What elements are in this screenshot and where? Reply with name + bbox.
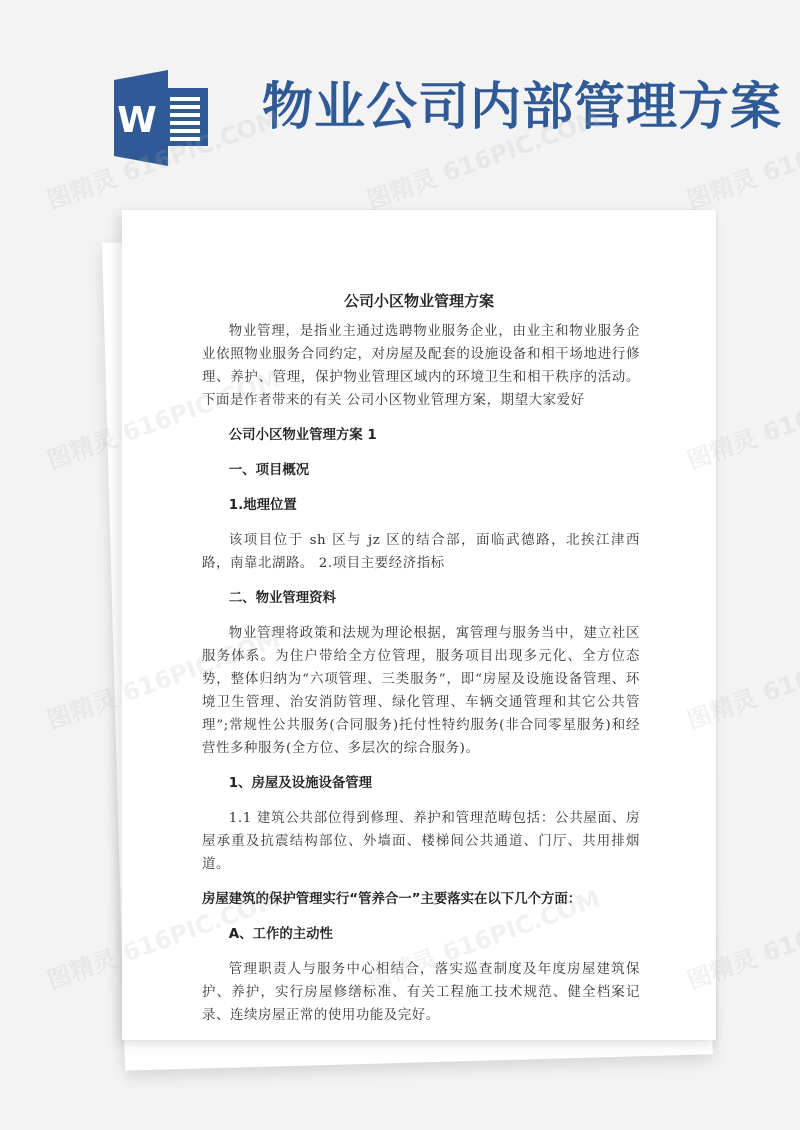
document-title: 公司小区物业管理方案 [122,290,716,311]
section-heading: 一、项目概况 [202,459,640,482]
plan-subtitle: 公司小区物业管理方案 1 [202,424,640,447]
word-document-icon: W [112,70,212,166]
paragraph: 管理职责人与服务中心相结合，落实巡查制度及年度房屋建筑保护、养护，实行房屋修缮标… [202,958,640,1027]
subsection-heading: 1、房屋及设施设备管理 [202,772,640,795]
section-heading: 二、物业管理资料 [202,587,640,610]
intro-paragraph: 物业管理，是指业主通过选聘物业服务企业，由业主和物业服务企业依照物业服务合同约定… [202,320,640,412]
banner-title: 物业公司内部管理方案 [262,82,782,133]
bold-statement: 房屋建筑的保护管理实行“管养合一”主要落实在以下几个方面： [202,888,640,911]
document-body: 物业管理，是指业主通过选聘物业服务企业，由业主和物业服务企业依照物业服务合同约定… [202,320,640,1027]
document-page: 公司小区物业管理方案 物业管理，是指业主通过选聘物业服务企业，由业主和物业服务企… [122,210,716,1040]
subsection-heading: 1.地理位置 [202,494,640,517]
paragraph: 物业管理将政策和法规为理论根据，寓管理与服务当中，建立社区服务体系。为住户带给全… [202,622,640,760]
subsection-heading: A、工作的主动性 [202,923,640,946]
paragraph: 1.1 建筑公共部位得到修理、养护和管理范畴包括：公共屋面、房屋承重及抗震结构部… [202,807,640,876]
svg-text:W: W [117,100,157,141]
paragraph: 该项目位于 sh 区与 jz 区的结合部，面临武德路，北挨江津西路，南靠北湖路。… [202,529,640,575]
header-banner: W 物业公司内部管理方案 [0,0,800,200]
